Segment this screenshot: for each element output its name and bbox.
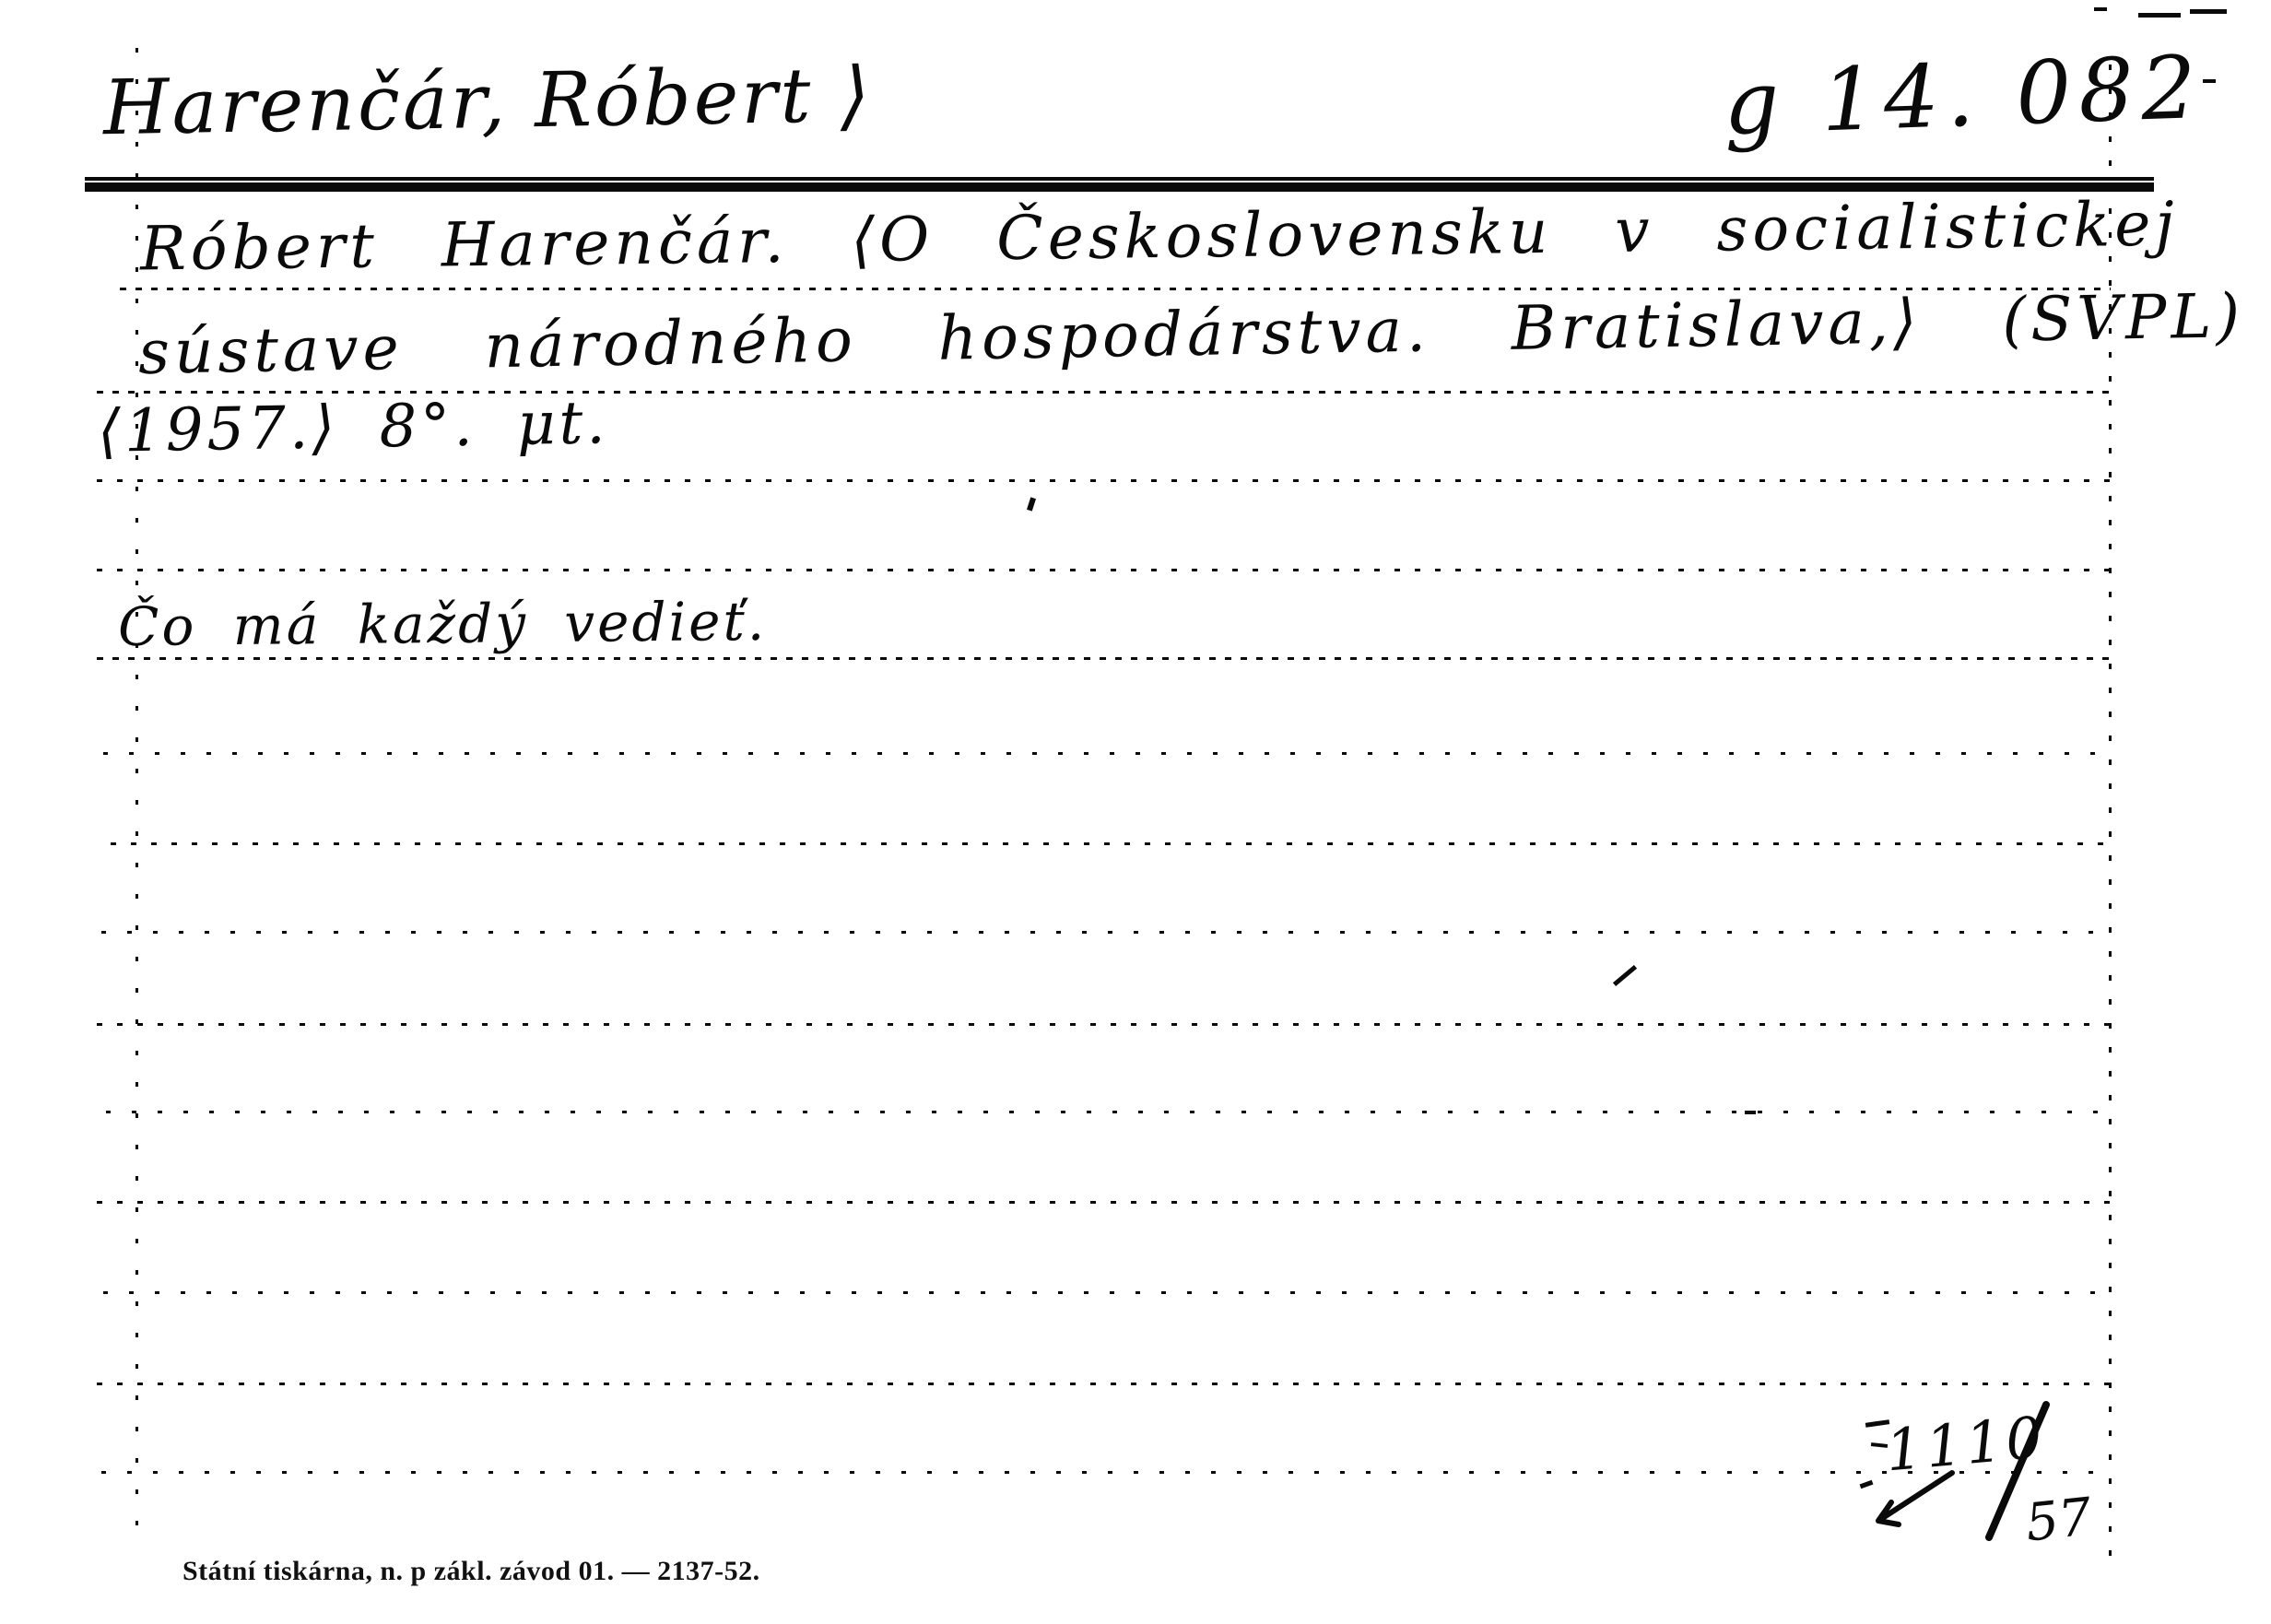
entry-line-3: ⟨1957.⟩ 8°. μt. [97,394,609,462]
title-note: Čo má každý vedieť. [118,594,768,653]
scan-speck [2138,13,2181,18]
scan-speck [2203,79,2216,83]
ruled-line [97,1023,2111,1026]
scan-speck [1613,965,1637,986]
printer-imprint: Státní tiskárna, n. p zákl. závod 01. — … [182,1558,760,1585]
ruled-line [101,1471,2111,1474]
entry-line-2: sústave národného hospodárstva. Bratisla… [138,286,2245,383]
entry-line-1: Róbert Harenčár. ⟨O Československu v soc… [140,194,2179,279]
scan-speck [2190,9,2227,14]
ruled-line [111,842,2111,845]
ruled-line [97,657,2111,660]
catalog-card: Harenčár, Róbert ⟩ g 14. 082 Róbert Hare… [0,0,2271,1624]
left-margin-dotted-line [135,48,138,1532]
scan-speck [1027,497,1036,511]
heading-author: Harenčár, Róbert ⟩ [102,58,873,147]
ruled-line [97,569,2111,571]
ruled-line [101,931,2111,934]
checkmark-icon [1853,1464,1963,1536]
ruled-line [97,1383,2111,1385]
ruled-line [97,1201,2111,1204]
scan-speck [1745,1111,1756,1114]
scan-speck [2094,7,2107,11]
ruled-line [106,1111,2111,1113]
ruled-line [103,1291,2111,1294]
ruled-line [103,752,2111,755]
ink-smudge [1871,1442,1888,1448]
call-number: g 14. 082 [1723,45,2206,148]
fraction-slash-icon [1961,1397,2063,1549]
header-divider-rule [85,177,2154,192]
ruled-line [97,479,2111,482]
